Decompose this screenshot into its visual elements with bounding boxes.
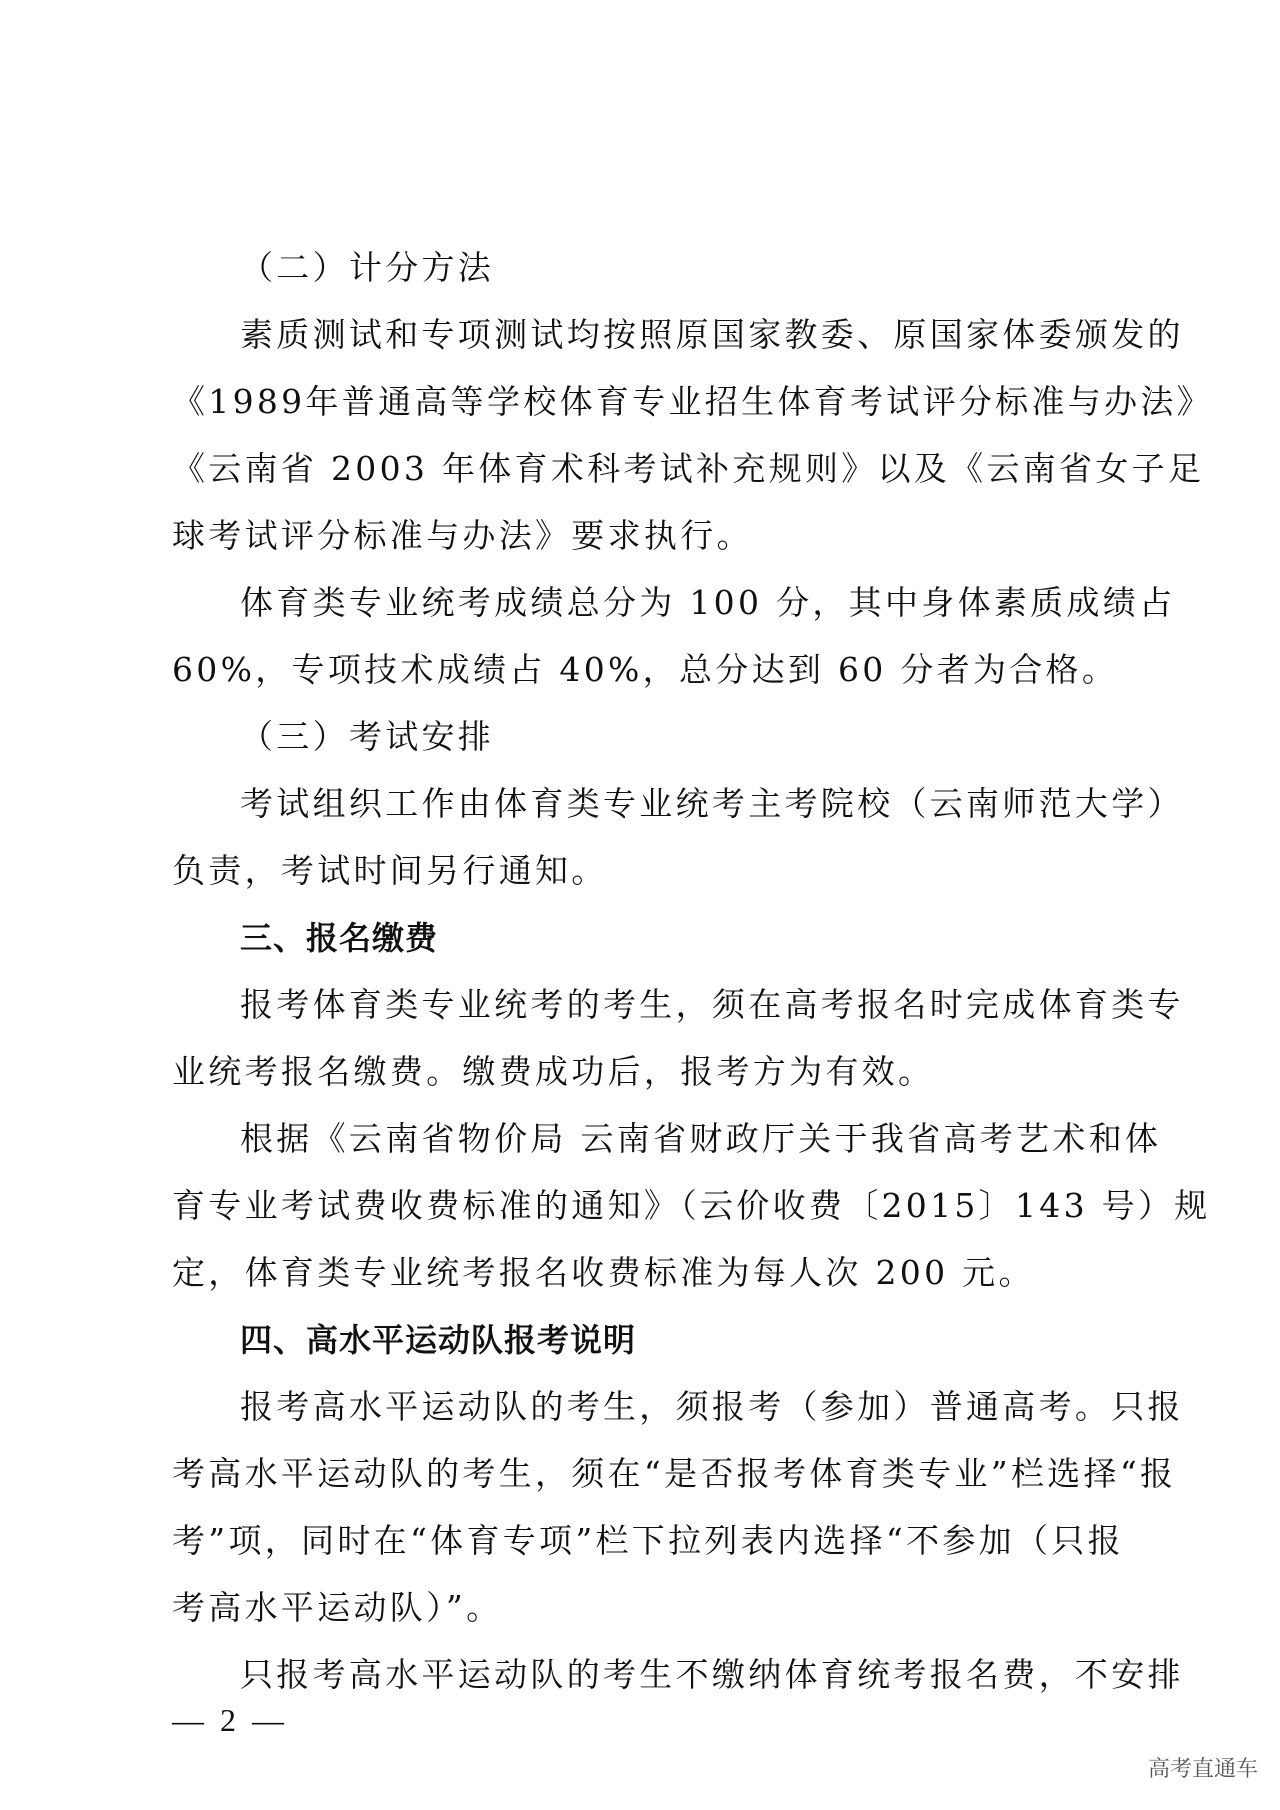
paragraph-line: 《云南省 2003 年体育术科考试补充规则》以及《云南省女子足 [172, 449, 1118, 489]
paragraph-line: 报考高水平运动队的考生，须报考（参加）普通高考。只报 [240, 1387, 1118, 1427]
paragraph-line: 定，体育类专业统考报名收费标准为每人次 200 元。 [172, 1253, 1118, 1293]
paragraph-line: 育专业考试费收费标准的通知》（云价收费〔2015〕143 号）规 [172, 1186, 1118, 1226]
paragraph-line: 负责，考试时间另行通知。 [172, 851, 1118, 891]
paragraph-line: 60%，专项技术成绩占 40%，总分达到 60 分者为合格。 [172, 650, 1118, 690]
paragraph-line: 只报考高水平运动队的考生不缴纳体育统考报名费，不安排 [240, 1655, 1118, 1695]
paragraph-line: 考高水平运动队）”。 [172, 1588, 1118, 1628]
paragraph-line: 考”项，同时在“体育专项”栏下拉列表内选择“不参加（只报 [172, 1521, 1118, 1561]
section-subheading-scoring-method: （二）计分方法 [240, 248, 1186, 288]
section-heading-registration-fee: 三、报名缴费 [240, 918, 1186, 958]
watermark: 高考直通车 [1148, 1752, 1258, 1783]
paragraph-line: 《1989年普通高等学校体育专业招生体育考试评分标准与办法》 [172, 382, 1118, 422]
paragraph-line: 体育类专业统考成绩总分为 100 分，其中身体素质成绩占 [240, 583, 1118, 623]
paragraph-line: 考试组织工作由体育类专业统考主考院校（云南师范大学） [240, 784, 1118, 824]
paragraph-line: 业统考报名缴费。缴费成功后，报考方为有效。 [172, 1052, 1118, 1092]
paragraph-line: 根据《云南省物价局 云南省财政厅关于我省高考艺术和体 [240, 1119, 1118, 1159]
page-number: — 2 — [172, 1700, 288, 1740]
paragraph-line: 考高水平运动队的考生，须在“是否报考体育类专业”栏选择“报 [172, 1454, 1118, 1494]
section-heading-high-level-team: 四、高水平运动队报考说明 [240, 1320, 1186, 1360]
paragraph-line: 球考试评分标准与办法》要求执行。 [172, 516, 1118, 556]
paragraph-line: 素质测试和专项测试均按照原国家教委、原国家体委颁发的 [240, 315, 1118, 355]
paragraph-line: 报考体育类专业统考的考生，须在高考报名时完成体育类专 [240, 985, 1118, 1025]
section-subheading-exam-arrangement: （三）考试安排 [240, 717, 1186, 757]
document-page: （二）计分方法 素质测试和专项测试均按照原国家教委、原国家体委颁发的 《1989… [0, 0, 1280, 1810]
